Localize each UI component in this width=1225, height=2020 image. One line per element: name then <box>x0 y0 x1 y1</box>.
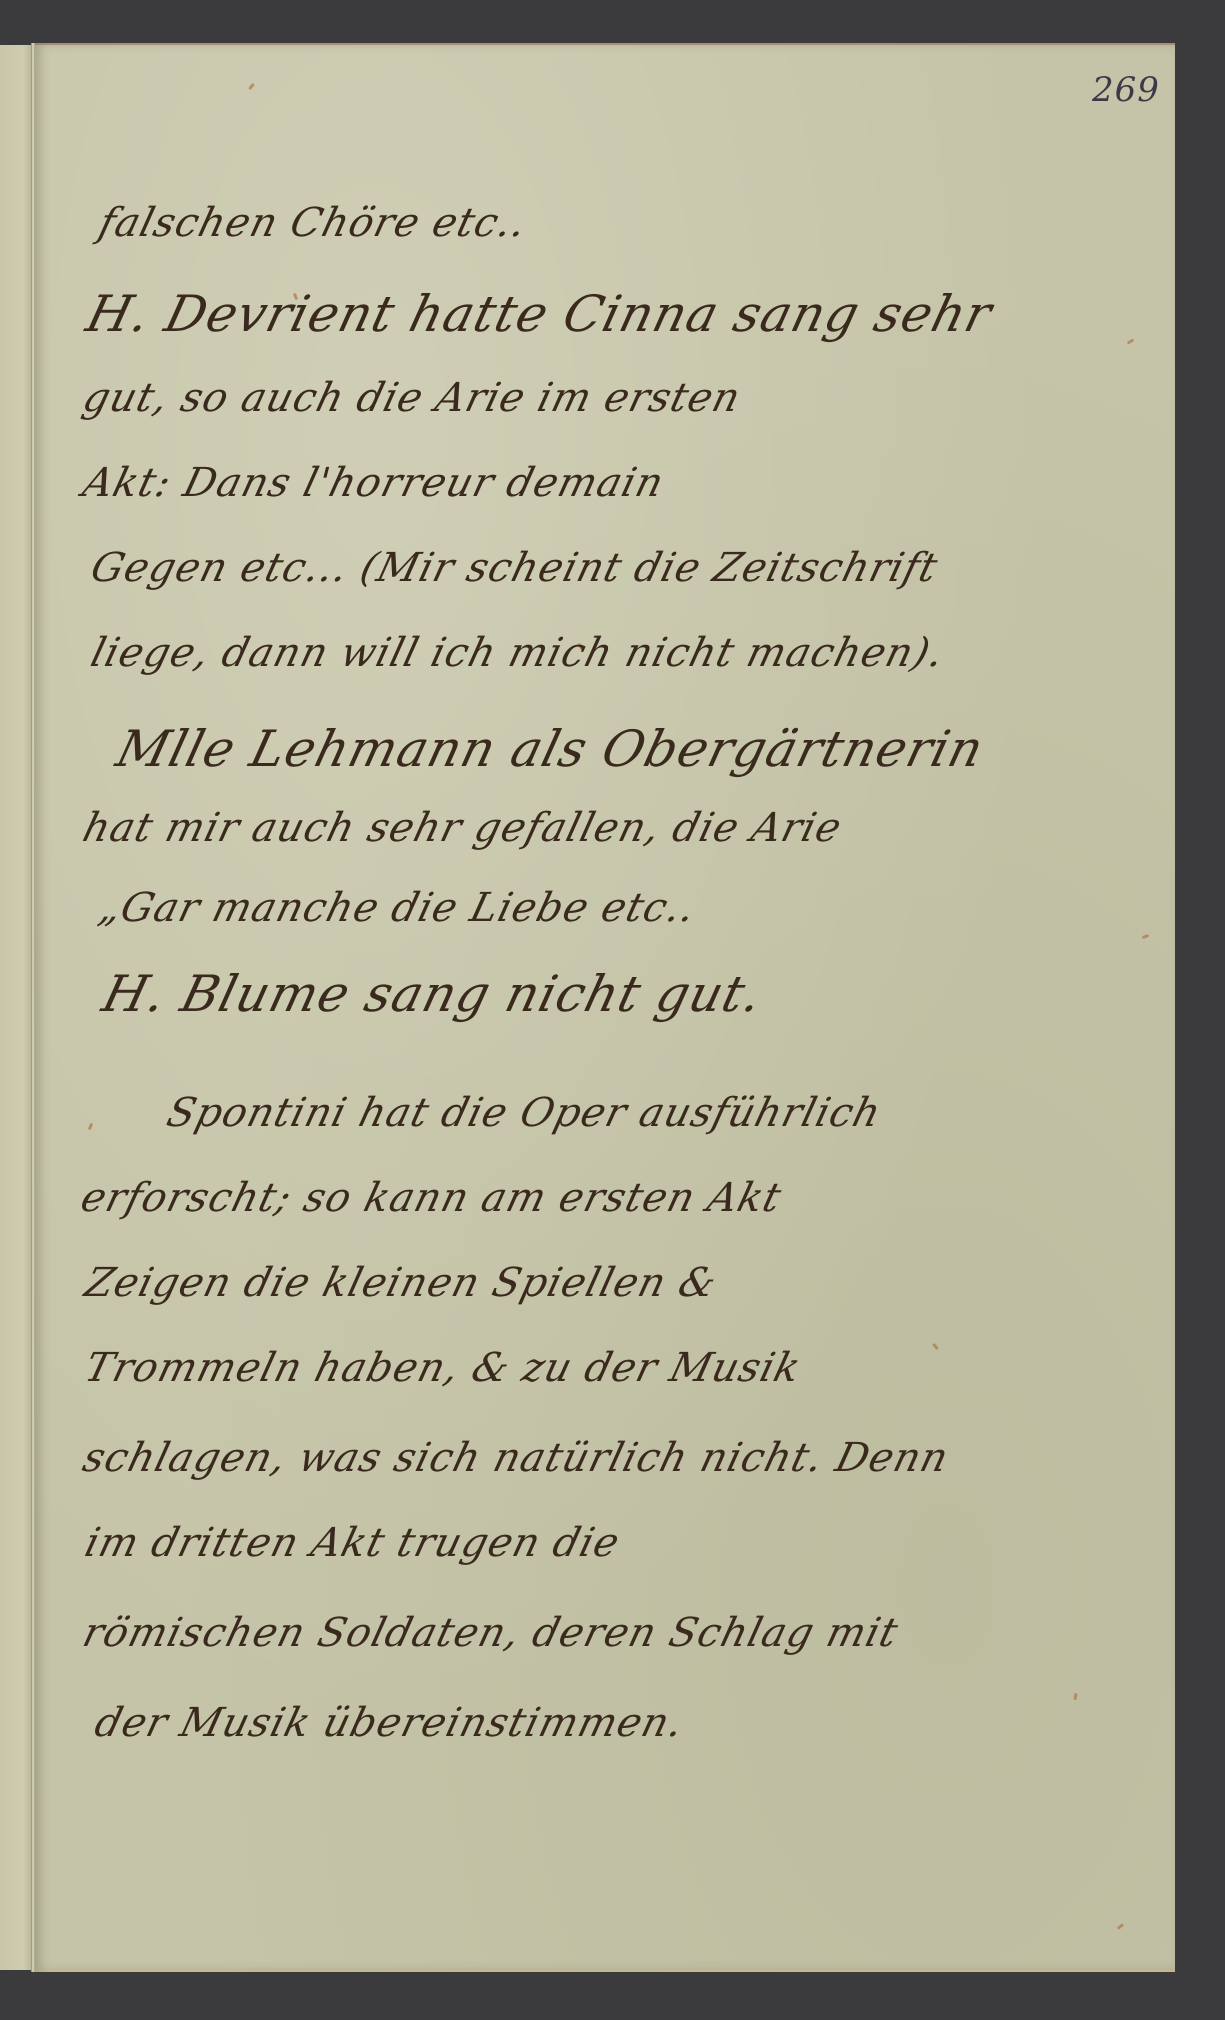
handwritten-line: schlagen, was sich natürlich nicht. Denn <box>78 1435 953 1481</box>
handwritten-line: Zeigen die kleinen Spiellen & <box>80 1260 721 1306</box>
handwritten-line: liege, dann will ich mich nicht machen). <box>86 630 949 676</box>
handwritten-line: „Gar manche die Liebe etc.. <box>94 885 700 931</box>
handwritten-line: erforscht; so kann am ersten Akt <box>76 1175 786 1221</box>
handwritten-line: H. Blume sang nicht gut. <box>97 965 769 1023</box>
handwritten-line: Mlle Lehmann als Obergärtnerin <box>111 720 990 778</box>
handwritten-line: im dritten Akt trugen die <box>80 1520 624 1566</box>
handwritten-line: Trommeln haben, & zu der Musik <box>80 1345 806 1391</box>
handwritten-line: falschen Chöre etc.. <box>94 200 531 246</box>
handwritten-line: Spontini hat die Oper ausführlich <box>162 1090 886 1136</box>
handwritten-line: Akt: Dans l'horreur demain <box>78 460 669 506</box>
handwritten-line: Gegen etc... (Mir scheint die Zeitschrif… <box>86 545 942 591</box>
handwritten-line: H. Devrient hatte Cinna sang sehr <box>81 285 998 343</box>
handwritten-line: römischen Soldaten, deren Schlag mit <box>78 1610 903 1656</box>
handwritten-line: hat mir auch sehr gefallen, die Arie <box>78 805 846 851</box>
handwritten-line: der Musik übereinstimmen. <box>90 1700 688 1746</box>
handwritten-text-block: falschen Chöre etc..H. Devrient hatte Ci… <box>0 0 1225 2020</box>
handwritten-line: gut, so auch die Arie im ersten <box>78 375 745 421</box>
